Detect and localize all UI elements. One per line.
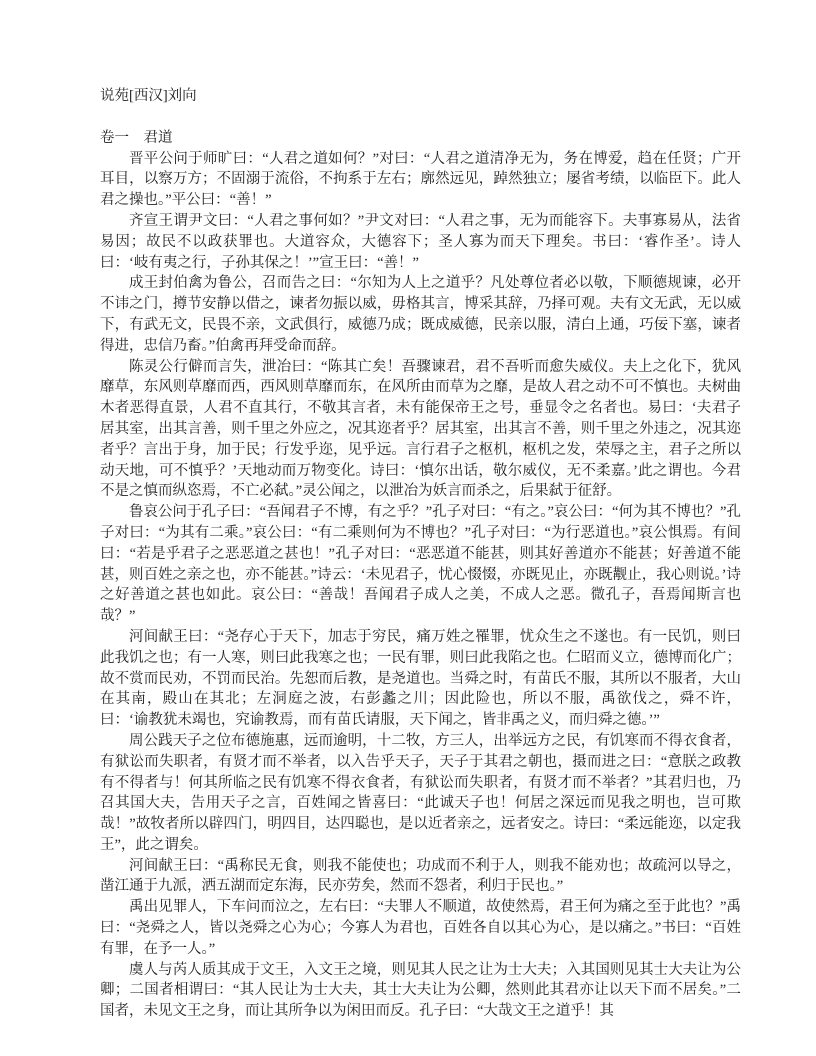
paragraph: 陈灵公行僻而言失，泄冶曰：“陈其亡矣！吾骤谏君，君不吾听而愈失威仪。夫上之化下，… bbox=[100, 357, 741, 503]
paragraph: 周公践天子之位布德施惠，远而逾明，十二牧，方三人，出举远方之民，有饥寒而不得衣食… bbox=[100, 731, 741, 856]
paragraph: 禹出见罪人，下车问而泣之，左右曰：“夫罪人不顺道，故使然焉，君王何为痛之至于此也… bbox=[100, 897, 741, 959]
paragraph: 晋平公问于师旷曰：“人君之道如何？”对曰：“人君之道清净无为，务在博爱，趋在任贤… bbox=[100, 149, 741, 211]
paragraph: 虞人与芮人质其成于文王，入文王之境，则见其人民之让为士大夫；入其国则见其士大夫让… bbox=[100, 960, 741, 1022]
paragraph: 成王封伯禽为鲁公，召而告之曰：“尔知为人上之道乎？凡处尊位者必以敬，下顺德规谏，… bbox=[100, 273, 741, 356]
paragraph: 鲁哀公问于孔子曰：“吾闻君子不博，有之乎？”孔子对曰：“有之。”哀公曰：“何为其… bbox=[100, 502, 741, 627]
document-body: 晋平公问于师旷曰：“人君之道如何？”对曰：“人君之道清净无为，务在博爱，趋在任贤… bbox=[100, 149, 741, 1022]
paragraph: 齐宣王谓尹文曰：“人君之事何如？”尹文对曰：“人君之事，无为而能容下。夫事寡易从… bbox=[100, 211, 741, 273]
chapter-heading: 卷一 君道 bbox=[100, 128, 741, 149]
document-title: 说苑[西汉]刘向 bbox=[100, 86, 741, 107]
paragraph: 河间献王曰：“禹称民无食，则我不能使也；功成而不利于人，则我不能劝也；故疏河以导… bbox=[100, 856, 741, 898]
document-page: 说苑[西汉]刘向 卷一 君道 晋平公问于师旷曰：“人君之道如何？”对曰：“人君之… bbox=[0, 0, 816, 1056]
paragraph: 河间献王曰：“尧存心于天下，加志于穷民，痛万姓之罹罪，忧众生之不遂也。有一民饥，… bbox=[100, 627, 741, 731]
